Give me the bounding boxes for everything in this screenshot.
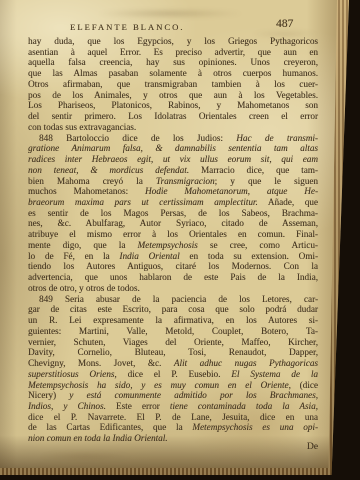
text-line: braeorum maxima pars ut certissimam ampl… [28, 197, 318, 208]
text-line: atribuye el mismo error à los Orientales… [28, 229, 318, 240]
text-line: Los Phariseos, Platonicos, Rabinos, y Ma… [28, 100, 318, 111]
text-line: del sentir primero. Los Idolatras Orient… [28, 111, 318, 122]
catchword: De [28, 441, 318, 452]
text-line: hay duda, que los Egypcios, y los Griego… [28, 36, 318, 47]
text-line: un R. Lei expresamente la afirmativa, en… [28, 315, 318, 326]
text-line: es sentir de los Magos Persas, de los Sa… [28, 208, 318, 219]
bleed-through-smudge [38, 452, 133, 461]
text-line: que las Almas pasaban solamente à otros … [28, 68, 318, 79]
text-line: Davity, Cornelio, Bluteau, Tosi, Renaudo… [28, 347, 318, 358]
scan-background: ELEFANTE BLANCO. 487 hay duda, que los E… [0, 0, 360, 480]
text-line: guientes: Martini, Valle, Metold, Couple… [28, 326, 318, 337]
text-line: Otros afirmaban, que transmigraban tambi… [28, 79, 318, 90]
text-line: bien Mahoma creyó la Transmigracion; y q… [28, 176, 318, 187]
text-line: otros de otro, y otros de todos. [28, 283, 318, 294]
text-line: asentian à aquel Error. Es preciso adver… [28, 47, 318, 58]
text-line: 849 Seria abusar de la paciencia de los … [28, 294, 318, 305]
text-line: con todas sus extravagancias. [28, 122, 318, 133]
text-line: 848 Bartoloccio dice de los Judios: Hac … [28, 133, 318, 144]
text-line: pos de los Animales, y otros que aun à l… [28, 90, 318, 101]
book-page: ELEFANTE BLANCO. 487 hay duda, que los E… [0, 0, 337, 468]
text-line: lo de Fé, en la India Oriental en toda s… [28, 251, 318, 262]
text-line: Indios, y Chinos. Este error tiene conta… [28, 401, 318, 412]
text-line: gar de citas este Escrito, para cosa que… [28, 304, 318, 315]
text-line: superstitiosus Oriens, dice el P. Eusebi… [28, 369, 318, 380]
bleed-through-smudge [95, 9, 245, 18]
text-line: aquella falsa creencia, hay sus opinione… [28, 57, 318, 68]
text-line: nes, &c. Abulfarag, Autor Syriaco, citad… [28, 218, 318, 229]
text-line: dice el P. Navarrete. El P. de Lane, Jes… [28, 412, 318, 423]
text-line: Nicery) y está comunmente admitido por l… [28, 390, 318, 401]
text-line: muchos Mahometanos: Hodie Mahometanorum,… [28, 186, 318, 197]
page-number: 487 [276, 18, 293, 30]
text-line: mente digo, que la Metempsychosis se cre… [28, 240, 318, 251]
text-line: advertencia, que unos hablaron de este P… [28, 272, 318, 283]
text-line: radices inter Hebraeos egit, ut vix ullu… [28, 154, 318, 165]
running-title: ELEFANTE BLANCO. [70, 22, 184, 32]
text-line: tiendo los Autores Antiguos, citaré los … [28, 261, 318, 272]
text-block: hay duda, que los Egypcios, y los Griego… [28, 36, 318, 444]
text-line: de las Cartas Edificantes, que la Metemp… [28, 422, 318, 433]
text-line: non teneat, & mordicus defendat. Marraci… [28, 165, 318, 176]
text-line: vernier, Schuten, Viages del Oriente, Ma… [28, 337, 318, 348]
text-line: Chevigny, Mons. Jovet, &c. Alit adhuc nu… [28, 358, 318, 369]
text-line: gratione Animarum falsa, & damnabilis se… [28, 143, 318, 154]
text-line: Metempsychosis ha sido, y es muy comun e… [28, 380, 318, 391]
